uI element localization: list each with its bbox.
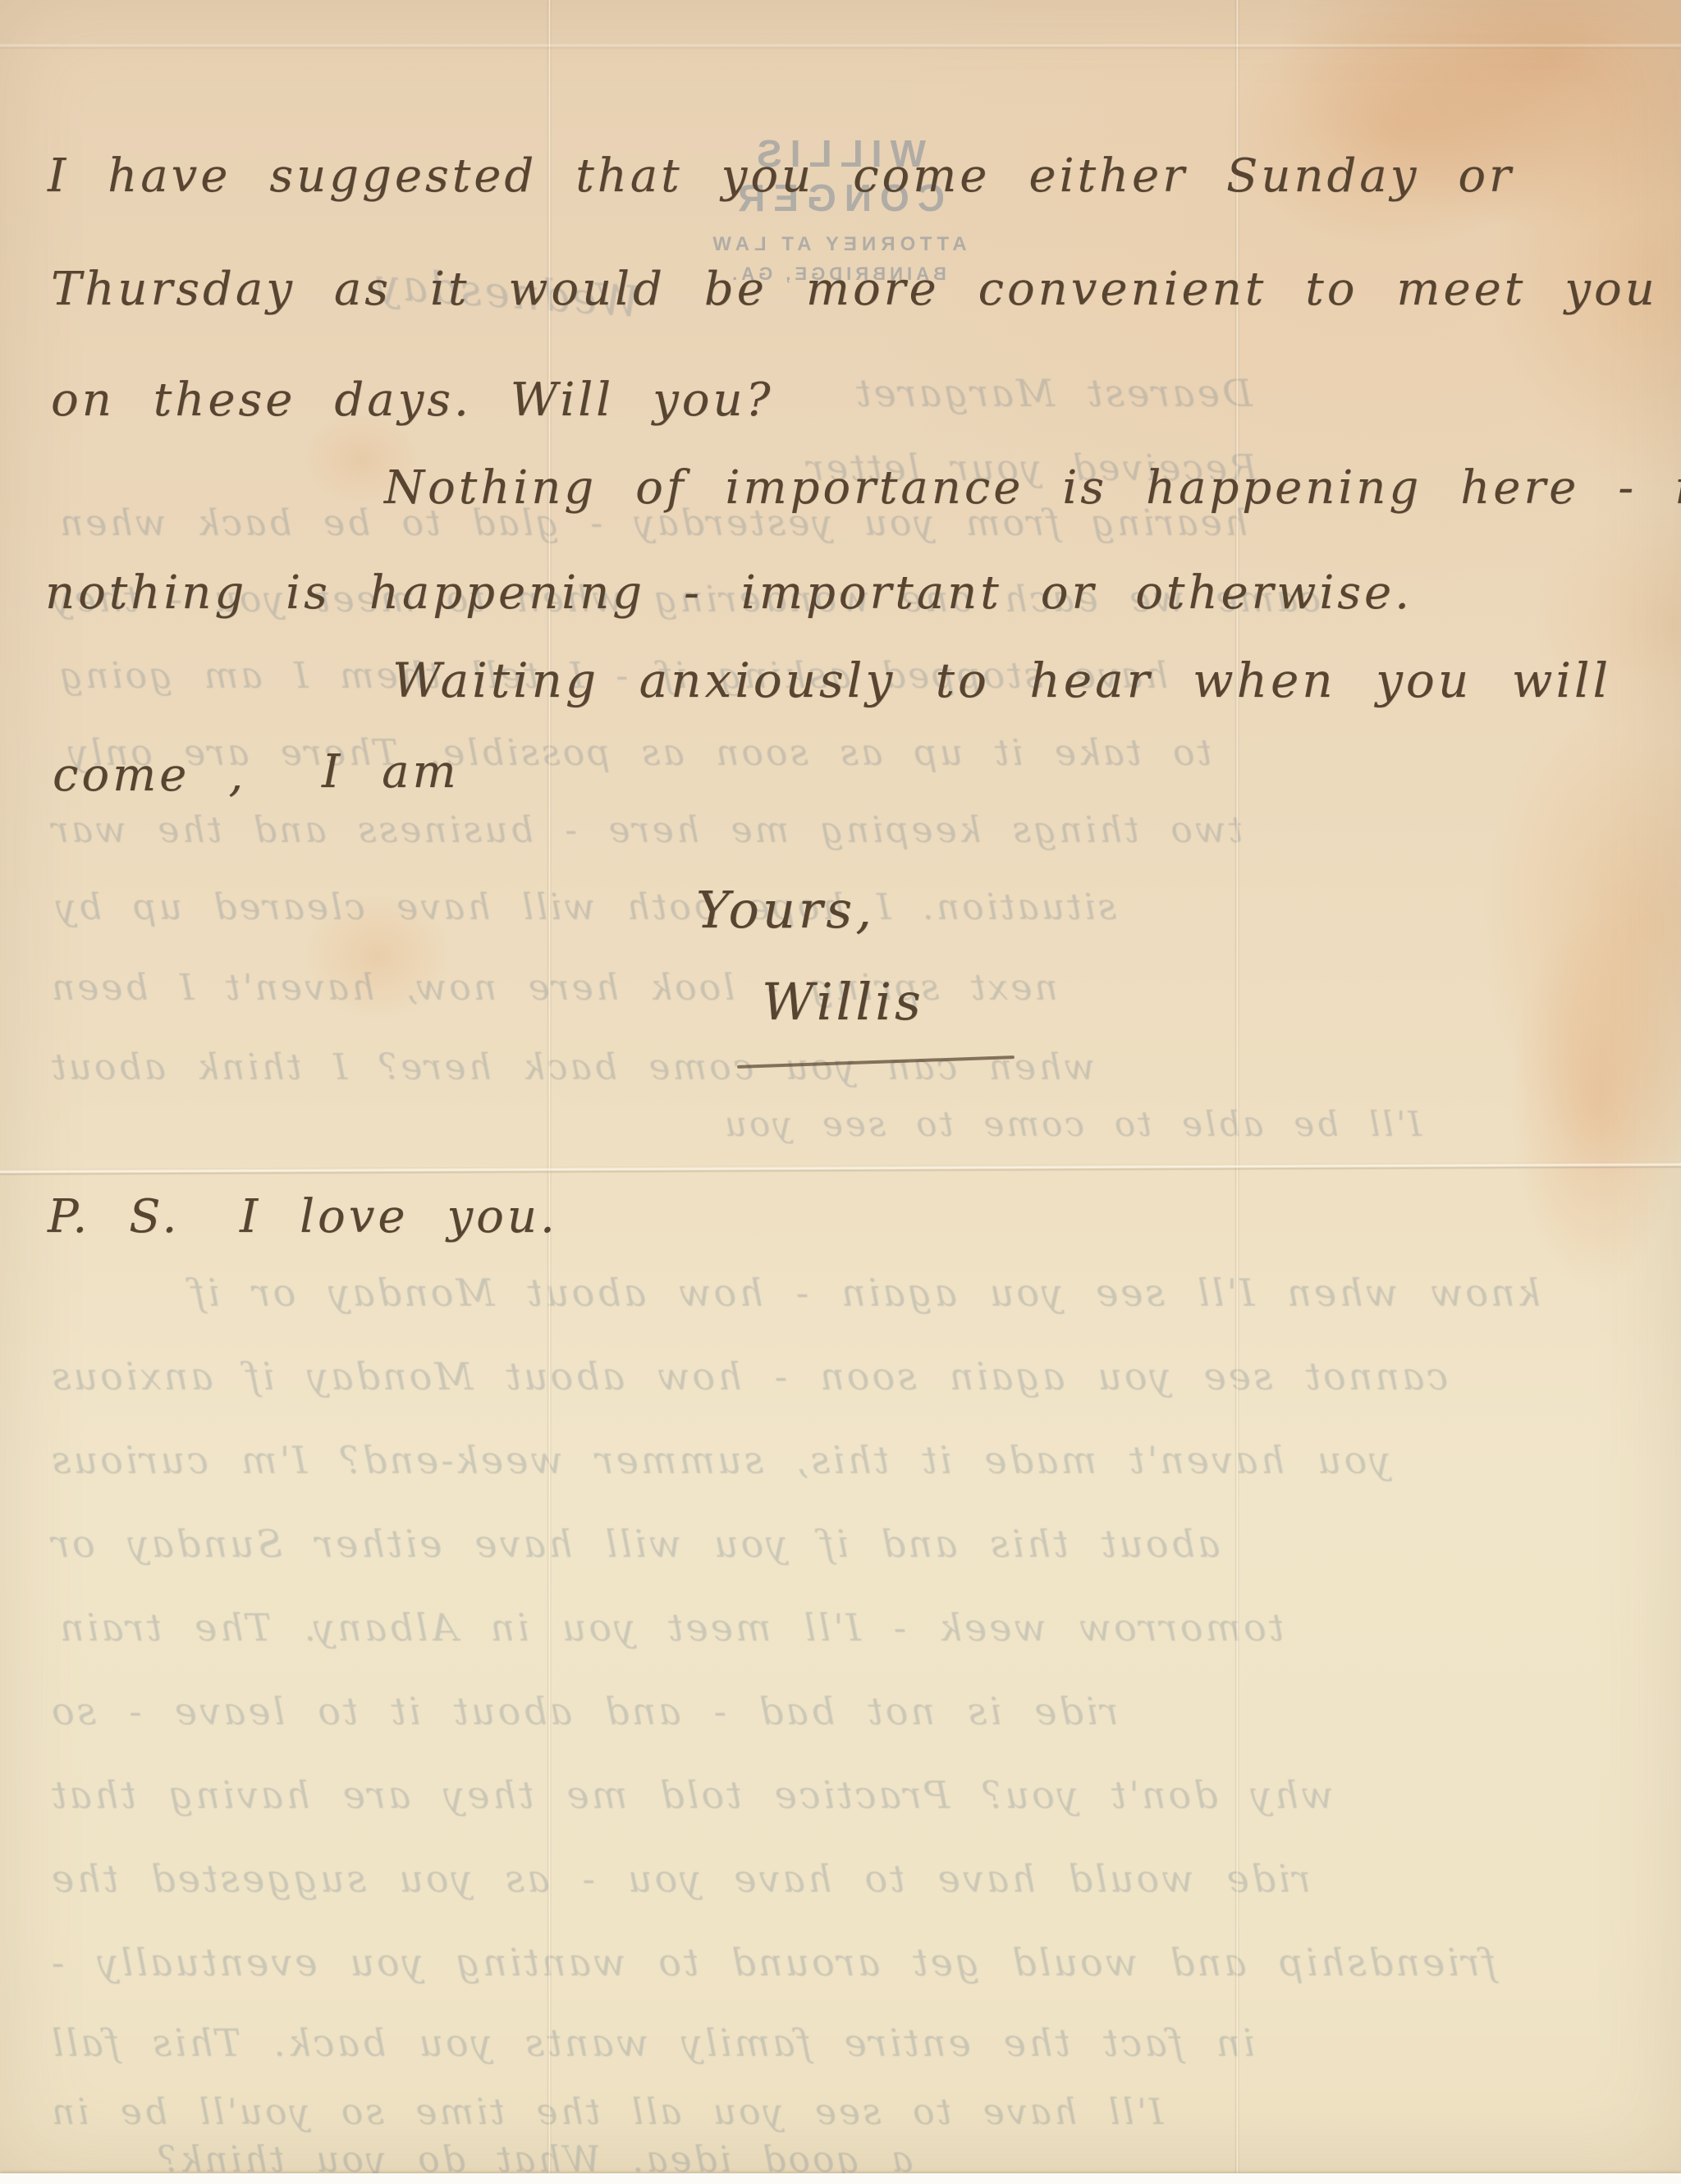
letter-line: I have suggested that you come either Su…: [48, 149, 1514, 203]
scanned-letter-page: WILLIS CONGER ATTORNEY AT LAW BAINBRIDGE…: [0, 0, 1681, 2184]
letter-line: nothing is happening - important or othe…: [45, 566, 1413, 620]
letter-line: come ,: [53, 749, 246, 802]
letter-line: I am: [322, 745, 460, 799]
handwriting-layer: I have suggested that you come either Su…: [0, 0, 1681, 2184]
letter-line: on these days. Will you?: [51, 373, 774, 427]
postscript-text: I love you.: [240, 1190, 558, 1243]
scanner-bed-strip: [0, 2173, 1681, 2184]
letter-line: Nothing of importance is happening here …: [384, 461, 1681, 515]
letter-line: Waiting anxiously to hear when you will: [392, 652, 1611, 708]
signature-underline: [737, 1055, 1015, 1069]
letter-signature: Willis: [762, 972, 924, 1032]
letter-closing: Yours,: [696, 880, 875, 940]
letter-line: Thursday as it would be more convenient …: [51, 263, 1658, 316]
postscript-label: P. S.: [48, 1190, 180, 1243]
